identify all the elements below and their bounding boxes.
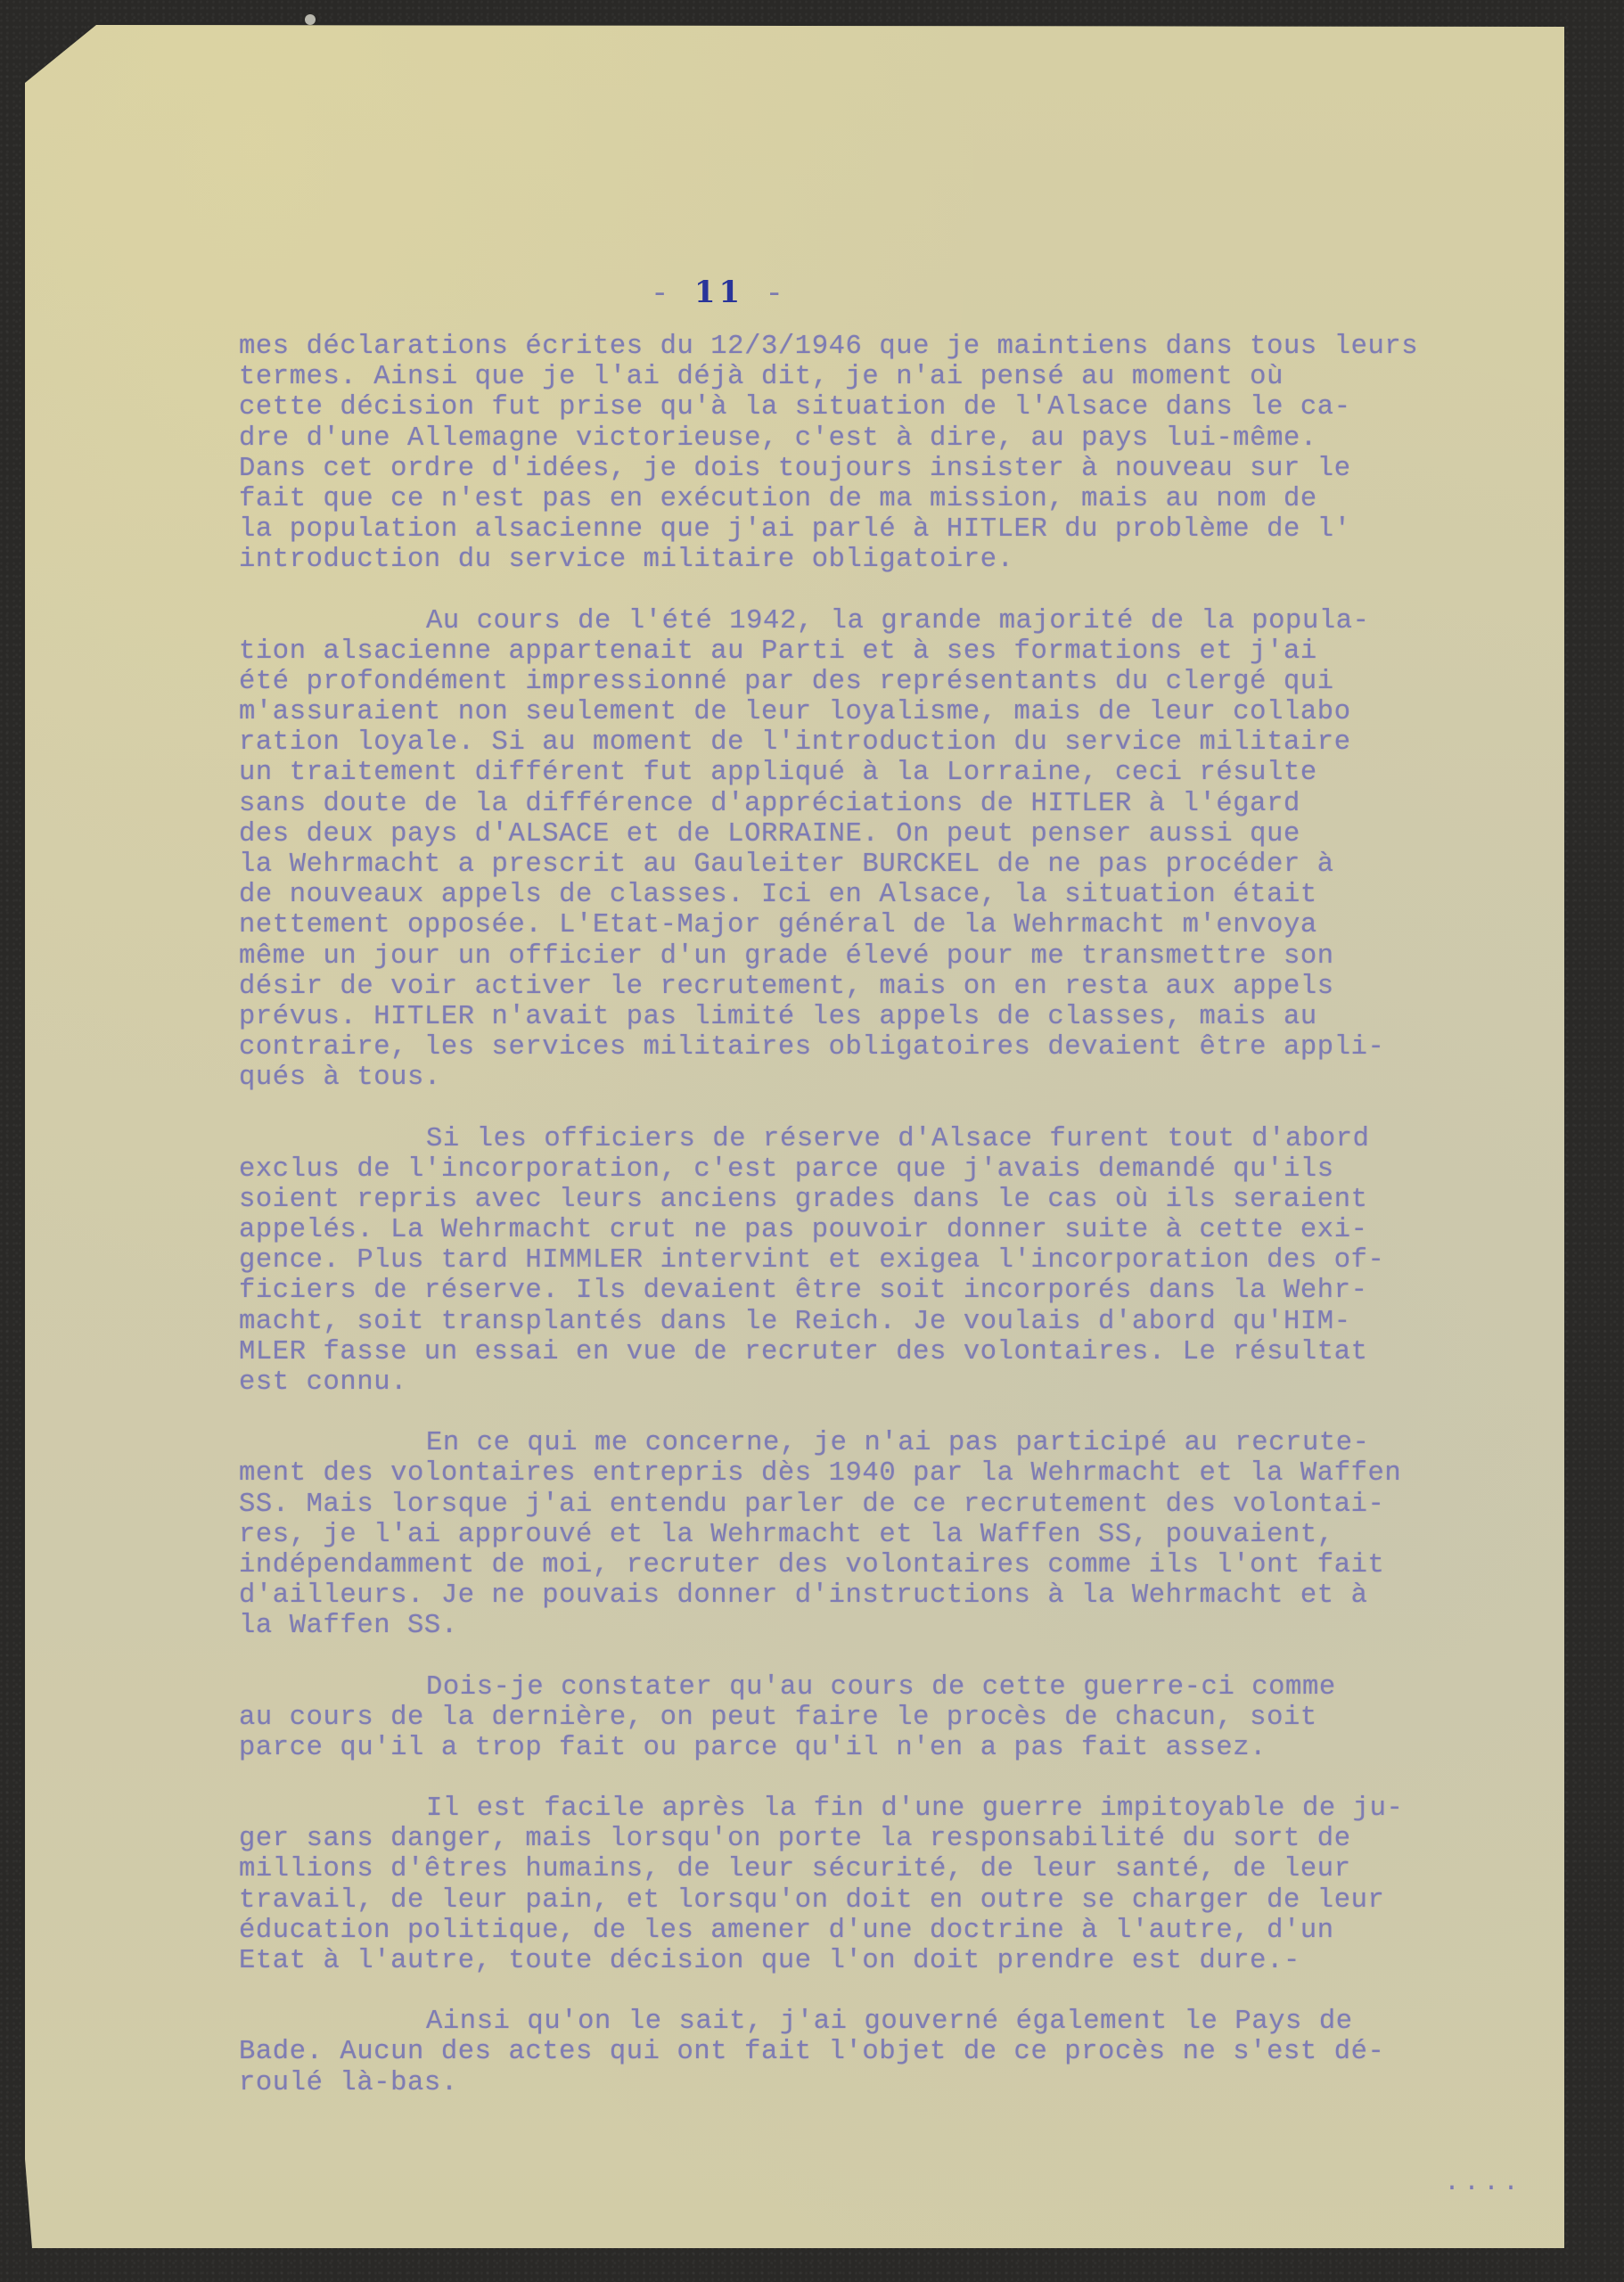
text-line: Ainsi qu'on le sait, j'ai gouverné égale… [239,2007,1549,2037]
page-number: - 11 - [651,275,787,312]
page-number-prefix: - [651,278,694,312]
text-line: des deux pays d'ALSACE et de LORRAINE. O… [239,819,1549,850]
text-line: soient repris avec leurs anciens grades … [239,1185,1549,1215]
text-line: même un jour un officier d'un grade élev… [239,941,1549,972]
text-line: ration loyale. Si au moment de l'introdu… [239,727,1549,758]
text-line: de nouveaux appels de classes. Ici en Al… [239,880,1549,910]
text-line: travail, de leur pain, et lorsqu'on doit… [239,1885,1549,1916]
page-number-handwritten: 11 [694,275,743,310]
text-line: ger sans danger, mais lorsqu'on porte la… [239,1824,1549,1854]
text-line: Bade. Aucun des actes qui ont fait l'obj… [239,2037,1549,2067]
text-line: prévus. HITLER n'avait pas limité les ap… [239,1002,1549,1032]
text-line: dre d'une Allemagne victorieuse, c'est à… [239,423,1549,454]
text-line: contraire, les services militaires oblig… [239,1032,1549,1063]
text-line: été profondément impressionné par des re… [239,667,1549,697]
text-line: Dans cet ordre d'idées, je dois toujours… [239,454,1549,484]
text-line: roulé là-bas. [239,2068,1549,2098]
text-line: cette décision fut prise qu'à la situati… [239,392,1549,423]
text-line: exclus de l'incorporation, c'est parce q… [239,1154,1549,1185]
typed-body-text: mes déclarations écrites du 12/3/1946 qu… [239,332,1549,2098]
text-line: En ce qui me concerne, je n'ai pas parti… [239,1428,1549,1458]
text-line: d'ailleurs. Je ne pouvais donner d'instr… [239,1580,1549,1611]
text-line: indépendamment de moi, recruter des volo… [239,1550,1549,1580]
scanner-dust-speck [305,14,316,25]
text-line: éducation politique, de les amener d'une… [239,1916,1549,1946]
text-line: Au cours de l'été 1942, la grande majori… [239,606,1549,636]
text-line: nettement opposée. L'Etat-Major général … [239,910,1549,940]
text-line: termes. Ainsi que je l'ai déjà dit, je n… [239,362,1549,392]
text-line: mes déclarations écrites du 12/3/1946 qu… [239,332,1549,362]
paragraph: Au cours de l'été 1942, la grande majori… [239,606,1549,1094]
text-line: désir de voir activer le recrutement, ma… [239,972,1549,1002]
text-line: MLER fasse un essai en vue de recruter d… [239,1337,1549,1367]
text-line: macht, soit transplantés dans le Reich. … [239,1307,1549,1337]
text-line: Il est facile après la fin d'une guerre … [239,1794,1549,1824]
text-line: Etat à l'autre, toute décision que l'on … [239,1946,1549,1976]
text-line: ment des volontaires entrepris dès 1940 … [239,1458,1549,1489]
text-line: qués à tous. [239,1063,1549,1093]
text-line: un traitement différent fut appliqué à l… [239,758,1549,788]
text-line: fait que ce n'est pas en exécution de ma… [239,484,1549,514]
text-line: au cours de la dernière, on peut faire l… [239,1703,1549,1733]
text-line: parce qu'il a trop fait ou parce qu'il n… [239,1733,1549,1763]
text-line: Dois-je constater qu'au cours de cette g… [239,1672,1549,1703]
text-line: millions d'êtres humains, de leur sécuri… [239,1854,1549,1884]
continuation-mark: .... [1444,2168,1522,2198]
page-number-suffix: - [743,278,787,312]
text-line: introduction du service militaire obliga… [239,545,1549,575]
text-line: la Wehrmacht a prescrit au Gauleiter BUR… [239,850,1549,880]
text-line: res, je l'ai approuvé et la Wehrmacht et… [239,1520,1549,1550]
text-line: est connu. [239,1367,1549,1398]
paragraph: En ce qui me concerne, je n'ai pas parti… [239,1428,1549,1641]
paragraph: Ainsi qu'on le sait, j'ai gouverné égale… [239,2007,1549,2098]
text-line: appelés. La Wehrmacht crut ne pas pouvoi… [239,1215,1549,1245]
text-line: m'assuraient non seulement de leur loyal… [239,697,1549,727]
paragraph: Si les officiers de réserve d'Alsace fur… [239,1124,1549,1399]
text-line: Si les officiers de réserve d'Alsace fur… [239,1124,1549,1154]
paragraph: Dois-je constater qu'au cours de cette g… [239,1672,1549,1764]
text-line: tion alsacienne appartenait au Parti et … [239,636,1549,667]
text-line: SS. Mais lorsque j'ai entendu parler de … [239,1490,1549,1520]
text-line: la population alsacienne que j'ai parlé … [239,514,1549,545]
paragraph: mes déclarations écrites du 12/3/1946 qu… [239,332,1549,576]
text-line: sans doute de la différence d'appréciati… [239,789,1549,819]
text-line: gence. Plus tard HIMMLER intervint et ex… [239,1245,1549,1276]
text-line: la Waffen SS. [239,1611,1549,1641]
paragraph: Il est facile après la fin d'une guerre … [239,1794,1549,1976]
text-line: ficiers de réserve. Ils devaient être so… [239,1276,1549,1306]
